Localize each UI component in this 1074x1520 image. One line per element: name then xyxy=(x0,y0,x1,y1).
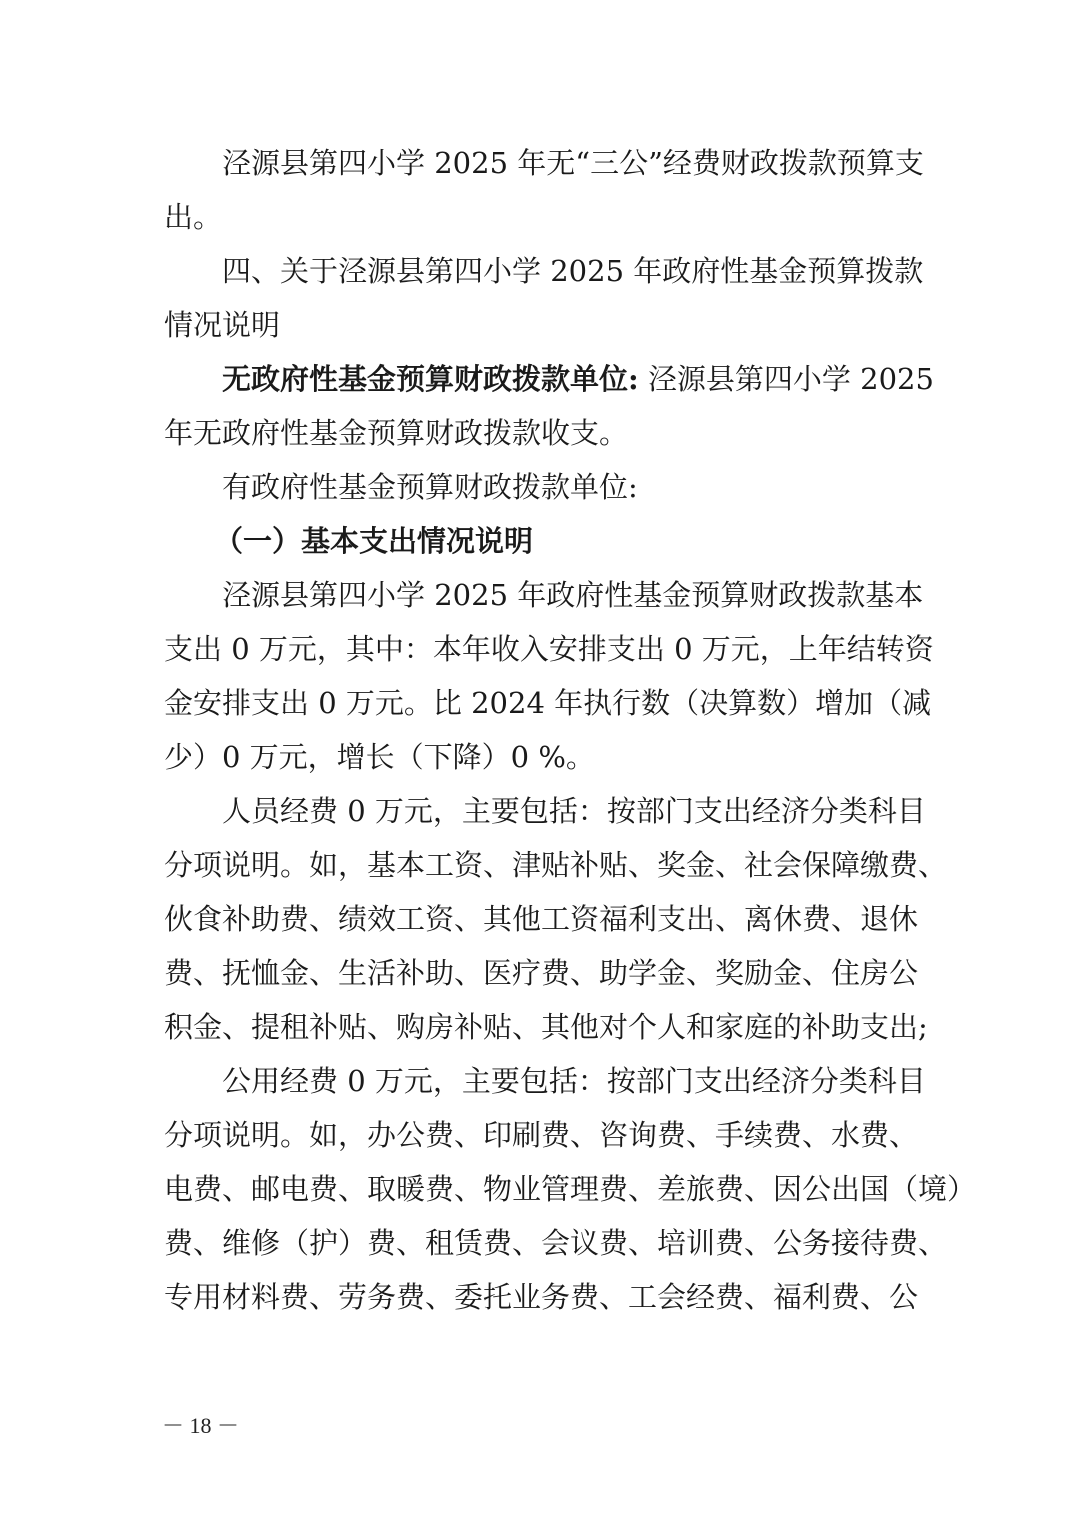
subsection-heading: （一）基本支出情况说明 xyxy=(164,514,916,568)
paragraph-line: 分项说明。如，基本工资、津贴补贴、奖金、社会保障缴费、 xyxy=(164,838,916,892)
paragraph-line: 有政府性基金预算财政拨款单位: xyxy=(164,460,916,514)
paragraph-line: 少）0 万元，增长（下降）0 %。 xyxy=(164,730,916,784)
paragraph-line: 费、抚恤金、生活补助、医疗费、助学金、奖励金、住房公 xyxy=(164,946,916,1000)
paragraph-line: 无政府性基金预算财政拨款单位: 泾源县第四小学 2025 xyxy=(164,352,916,406)
section-heading: 情况说明 xyxy=(164,298,916,352)
paragraph-line: 费、维修（护）费、租赁费、会议费、培训费、公务接待费、 xyxy=(164,1216,916,1270)
bold-label: 无政府性基金预算财政拨款单位: xyxy=(222,362,639,396)
section-heading: 四、关于泾源县第四小学 2025 年政府性基金预算拨款 xyxy=(164,244,916,298)
paragraph-line: 公用经费 0 万元，主要包括：按部门支出经济分类科目 xyxy=(164,1054,916,1108)
paragraph-line: 积金、提租补贴、购房补贴、其他对个人和家庭的补助支出; xyxy=(164,1000,916,1054)
paragraph-line: 泾源县第四小学 2025 年政府性基金预算财政拨款基本 xyxy=(164,568,916,622)
paragraph-line: 人员经费 0 万元，主要包括：按部门支出经济分类科目 xyxy=(164,784,916,838)
page-number: － 18 － xyxy=(162,1406,239,1446)
paragraph-line: 支出 0 万元，其中：本年收入安排支出 0 万元，上年结转资 xyxy=(164,622,916,676)
paragraph-line: 分项说明。如，办公费、印刷费、咨询费、手续费、水费、 xyxy=(164,1108,916,1162)
paragraph-line: 金安排支出 0 万元。比 2024 年执行数（决算数）增加（减 xyxy=(164,676,916,730)
paragraph-line: 年无政府性基金预算财政拨款收支。 xyxy=(164,406,916,460)
paragraph-line: 专用材料费、劳务费、委托业务费、工会经费、福利费、公 xyxy=(164,1270,916,1324)
paragraph-text: 泾源县第四小学 2025 xyxy=(639,362,934,396)
paragraph-line: 伙食补助费、绩效工资、其他工资福利支出、离休费、退休 xyxy=(164,892,916,946)
paragraph-line: 泾源县第四小学 2025 年无“三公”经费财政拨款预算支 xyxy=(164,136,916,190)
paragraph-line: 出。 xyxy=(164,190,916,244)
paragraph-line: 电费、邮电费、取暖费、物业管理费、差旅费、因公出国（境） xyxy=(164,1162,916,1216)
